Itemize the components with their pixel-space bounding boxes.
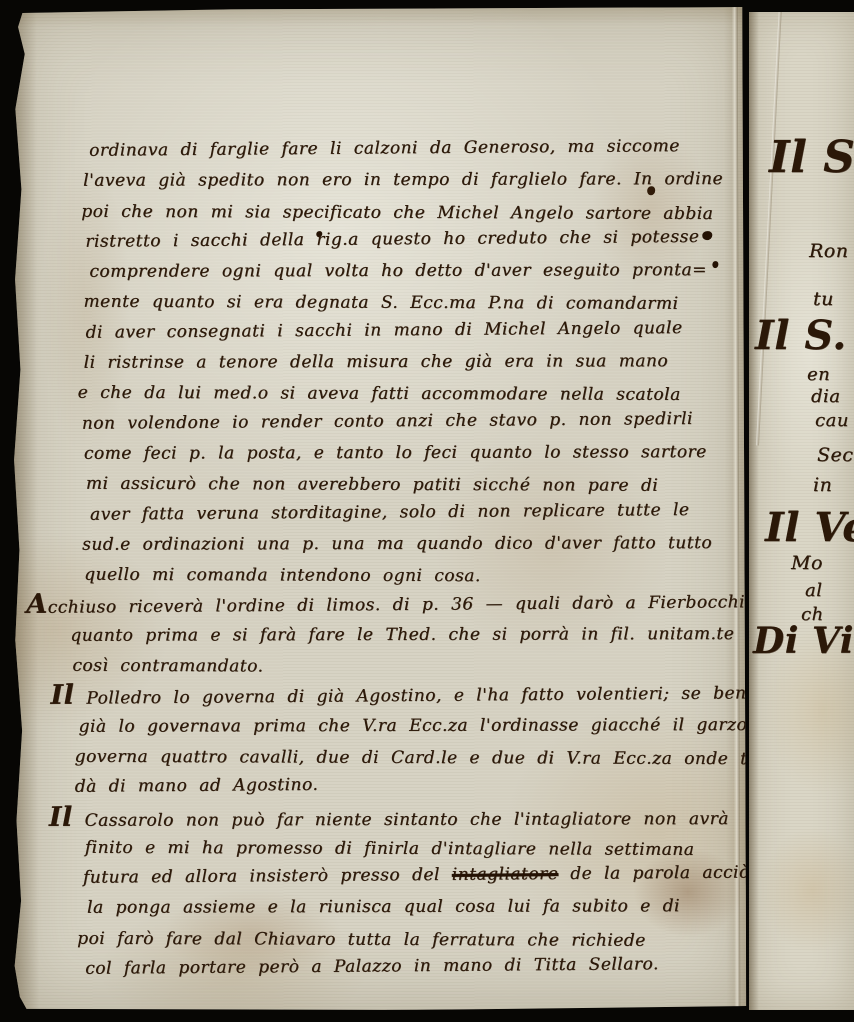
manuscript-line: come feci p. la posta, e tanto lo feci q… <box>84 437 737 469</box>
line-text: cchiuso riceverà l'ordine di limos. di p… <box>48 593 763 619</box>
manuscript-line: quanto prima e si farà fare le Thed. che… <box>70 619 737 651</box>
manuscript-line: aver fatta veruna storditagine, solo di … <box>90 494 737 529</box>
manuscript-line: di aver consegnati i sacchi in mano di M… <box>85 312 736 347</box>
manuscript-line-fragment: Il S <box>769 132 854 183</box>
letter-body: ordinava di farglie fare li calzoni da G… <box>11 134 738 984</box>
manuscript-line-fragment: Il Vet <box>765 504 854 551</box>
manuscript-line-fragment: Il S. C <box>755 312 854 359</box>
struck-through-word: intagliatore <box>452 864 559 885</box>
line-text: de la parola acciò <box>558 863 750 885</box>
manuscript-line-fragment: in <box>813 474 832 496</box>
manuscript-line-fragment: al <box>805 580 823 601</box>
line-text: futura ed allora insisterò presso del <box>83 865 452 888</box>
manuscript-scan: ordinava di farglie fare li calzoni da G… <box>0 0 854 1022</box>
manuscript-line: Il Cassarolo non può far niente sintanto… <box>49 801 738 833</box>
manuscript-line: già lo governava prima che V.ra Ecc.za l… <box>79 710 738 742</box>
paragraph-initial: Il <box>50 680 74 711</box>
manuscript-line: futura ed allora insisterò presso del in… <box>83 858 738 893</box>
manuscript-line-fragment: Ron <box>809 240 848 262</box>
manuscript-line: la ponga assieme e la riunisca qual cosa… <box>87 891 738 923</box>
line-text: Polledro lo governa di già Agostino, e l… <box>74 684 757 709</box>
manuscript-line-fragment: Di Via <box>753 620 854 662</box>
paragraph-initial: Il <box>49 801 73 832</box>
manuscript-line: dà di mano ad Agostino. <box>75 767 738 803</box>
paper-crease <box>756 12 782 445</box>
manuscript-left-page: ordinava di farglie fare li calzoni da G… <box>11 7 747 1011</box>
manuscript-line-fragment: tu <box>813 288 834 310</box>
manuscript-line: ristretto i sacchi della rig.a questo ho… <box>85 222 736 257</box>
manuscript-line-fragment: cau <box>815 410 849 431</box>
manuscript-line-fragment: en <box>807 364 830 385</box>
manuscript-line: ordinava di farglie fare li calzoni da G… <box>89 131 736 166</box>
manuscript-right-page-fragment: Il S Ron tu Il S. C en dia cau Sec in Il… <box>749 12 854 1010</box>
manuscript-line: li ristrinse a tenore della misura che g… <box>84 346 737 378</box>
manuscript-line: l'aveva già spedito non ero in tempo di … <box>83 164 736 196</box>
manuscript-line-fragment: Sec <box>817 444 853 466</box>
paragraph-initial: A <box>26 589 48 620</box>
manuscript-line: comprendere ogni qual volta ho detto d'a… <box>89 255 736 287</box>
manuscript-line: non volendone io render conto anzi che s… <box>82 403 737 438</box>
manuscript-line: sud.e ordinazioni una p. una ma quando d… <box>82 528 737 560</box>
manuscript-line: Acchiuso riceverà l'ordine di limos. di … <box>26 585 737 621</box>
manuscript-line-fragment: dia <box>811 386 841 407</box>
manuscript-line: col farla portare però a Palazzo in mano… <box>85 949 738 984</box>
manuscript-line: Il Polledro lo governa di già Agostino, … <box>50 676 737 712</box>
line-text: Cassarolo non può far niente sintanto ch… <box>73 809 729 831</box>
manuscript-line-fragment: Mo <box>791 552 823 574</box>
